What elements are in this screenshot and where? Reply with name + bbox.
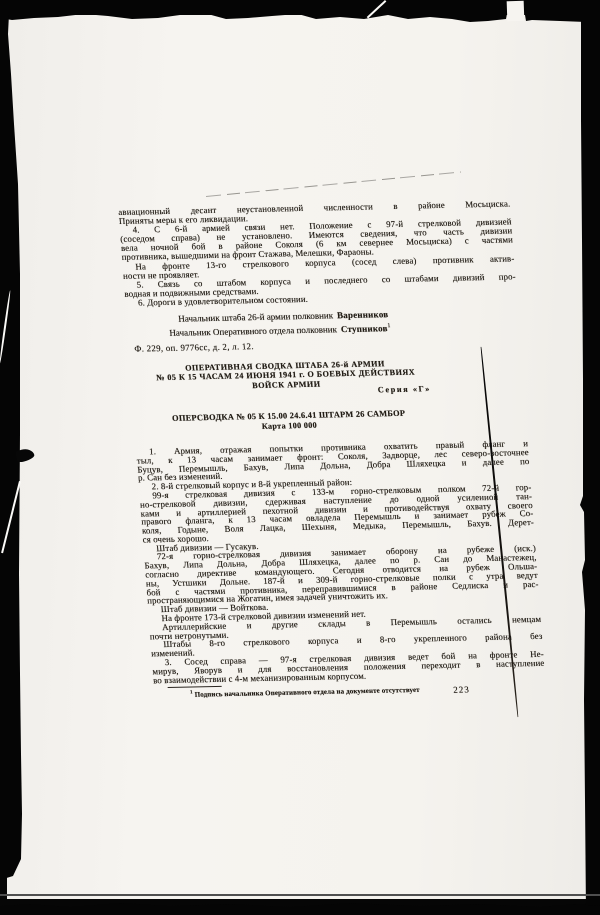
signature-role: Начальник штаба 26-й армии полковник [178, 310, 333, 323]
page-number: 223 [453, 685, 470, 695]
footnote-reference-mark: 1 [387, 323, 390, 329]
scanned-book-page: { "scan": { "paper_color": "#f6f4f0", "i… [0, 0, 600, 915]
signature-name: Ступников [340, 323, 387, 334]
continuation-paragraphs: авиационный десант неустановленной числе… [118, 199, 517, 307]
signature-name: Варенников [337, 309, 389, 320]
paper-corner-tab [507, 1, 525, 22]
scan-bottom-edge-line [0, 894, 600, 896]
signature-role: Начальник Оперативного отдела полковник [169, 324, 337, 338]
footnote-mark: 1 [190, 691, 193, 696]
signature-block: Начальник штаба 26-й армии полковникВаре… [126, 306, 520, 340]
report-title: ОПЕРСВОДКА № 05 К 15.00 24.6.41 ШТАРМ 26… [133, 407, 444, 435]
scan-bottom-band [0, 901, 600, 915]
report-body: 1. Армия, отражая попытки противника охв… [136, 439, 546, 685]
series-label: Серия «Г» [378, 384, 432, 394]
page-content: авиационный десант неустановленной числе… [118, 199, 546, 700]
footnote-rule [168, 686, 222, 688]
